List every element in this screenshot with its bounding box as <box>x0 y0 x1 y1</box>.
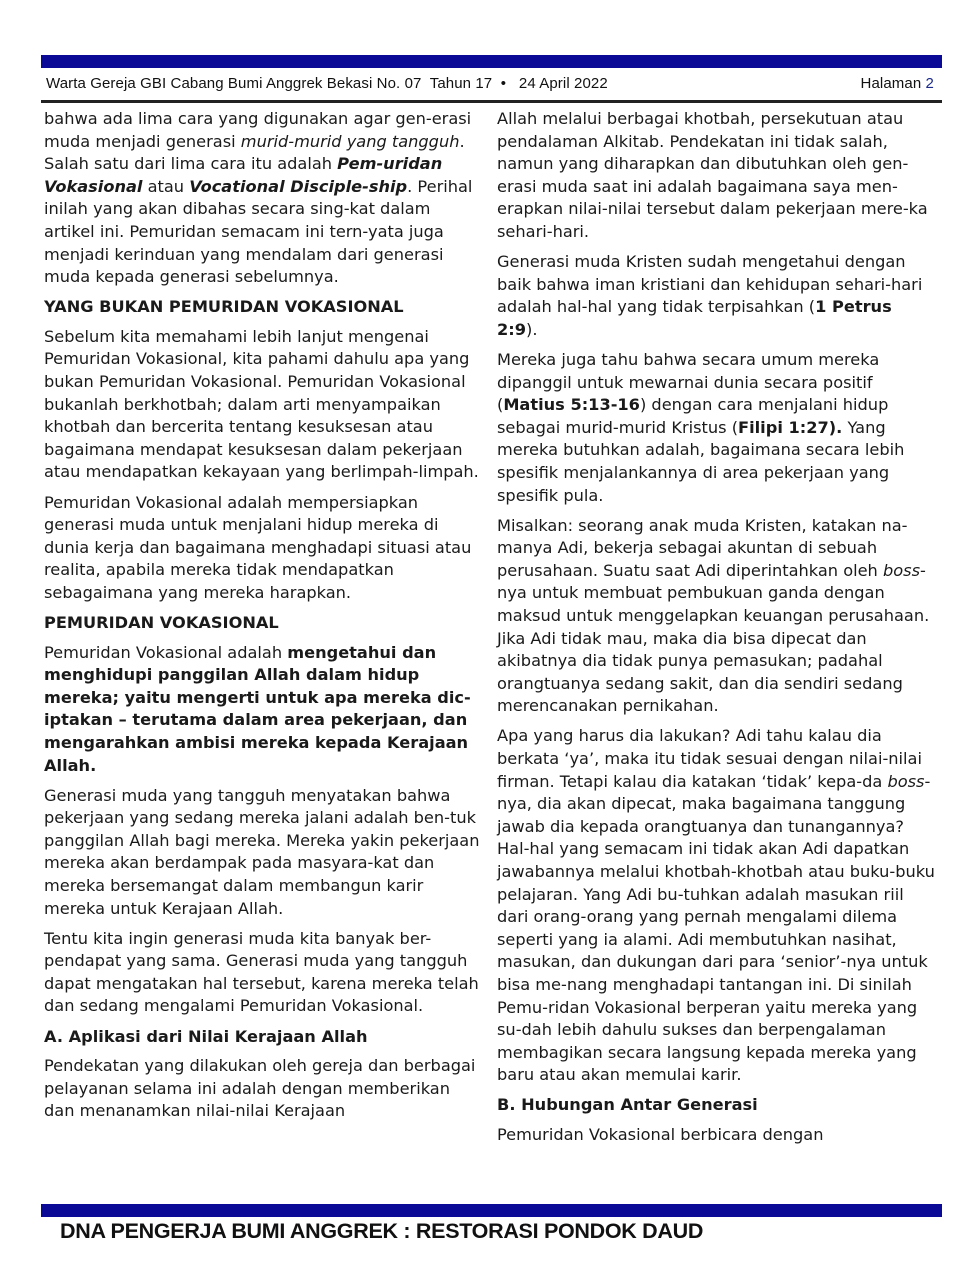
text-run: ). <box>829 418 843 437</box>
header-rule <box>41 100 942 103</box>
paragraph: Mereka juga tahu bahwa secara umum merek… <box>497 349 937 507</box>
page-header: Warta Gereja GBI Cabang Bumi Anggrek Bek… <box>46 73 936 97</box>
text-run: atau <box>142 177 189 196</box>
text-run: Pemuridan Vokasional adalah <box>44 643 287 662</box>
italic-run: murid-murid yang tangguh <box>241 132 460 151</box>
paragraph: Sebelum kita memahami lebih lanjut menge… <box>44 326 484 484</box>
paragraph: Pendekatan yang dilakukan oleh gereja da… <box>44 1055 484 1123</box>
paragraph: Generasi muda Kristen sudah mengetahui d… <box>497 251 937 341</box>
header-color-bar <box>41 55 942 68</box>
paragraph: bahwa ada lima cara yang digunakan agar … <box>44 108 484 289</box>
scripture-ref: Filipi 1:27 <box>738 418 829 437</box>
page-label: Halaman <box>861 75 926 92</box>
footer-tagline: DNA PENGERJA BUMI ANGGREK : RESTORASI PO… <box>60 1219 703 1244</box>
paragraph: Tentu kita ingin generasi muda kita bany… <box>44 928 484 1018</box>
paragraph: Generasi muda yang tangguh menyatakan ba… <box>44 785 484 921</box>
footer-color-bar <box>41 1204 942 1217</box>
scripture-ref: Matius 5:13-16 <box>503 395 640 414</box>
text-run: -nya, dia akan dipecat, maka bagaimana t… <box>497 772 935 1085</box>
paragraph: Pemuridan Vokasional adalah mempersiapka… <box>44 492 484 605</box>
text-run: -nya untuk membuat pembukuan ganda denga… <box>497 561 929 716</box>
text-run: Apa yang harus dia lakukan? Adi tahu kal… <box>497 726 922 790</box>
subsection-heading: A. Aplikasi dari Nilai Kerajaan Allah <box>44 1026 484 1049</box>
page-number: 2 <box>926 75 934 92</box>
paragraph: Apa yang harus dia lakukan? Adi tahu kal… <box>497 725 937 1087</box>
left-column: bahwa ada lima cara yang digunakan agar … <box>44 108 484 1130</box>
bold-italic-run: Vocational Disciple-ship <box>189 177 407 196</box>
paragraph: Pemuridan Vokasional berbicara dengan <box>497 1124 937 1147</box>
text-run: Misalkan: seorang anak muda Kristen, kat… <box>497 516 908 580</box>
subsection-heading: B. Hubungan Antar Generasi <box>497 1094 937 1117</box>
section-heading: YANG BUKAN PEMURIDAN VOKASIONAL <box>44 296 484 319</box>
italic-run: boss <box>883 561 920 580</box>
bold-run: mengetahui dan menghidupi panggilan Alla… <box>44 643 471 775</box>
text-run: ). <box>526 320 537 339</box>
paragraph: Allah melalui berbagai khotbah, persekut… <box>497 108 937 244</box>
right-column: Allah melalui berbagai khotbah, persekut… <box>497 108 937 1154</box>
bulletin-info: Warta Gereja GBI Cabang Bumi Anggrek Bek… <box>46 75 608 92</box>
italic-run: boss <box>887 772 924 791</box>
section-heading: PEMURIDAN VOKASIONAL <box>44 612 484 635</box>
paragraph: Pemuridan Vokasional adalah mengetahui d… <box>44 642 484 778</box>
page-indicator: Halaman 2 <box>861 75 934 92</box>
paragraph: Misalkan: seorang anak muda Kristen, kat… <box>497 515 937 718</box>
